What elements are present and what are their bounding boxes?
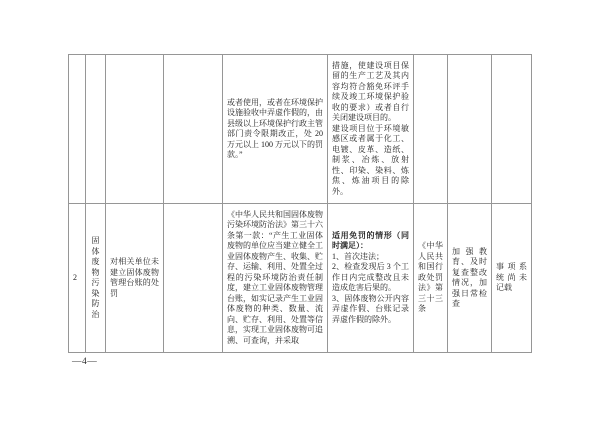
- exemption-item-2: 2、检查发现后 3 个工作日内完成整改且未造成危害后果的。: [332, 262, 409, 294]
- table-row-continuation: 或者使用，或者在环境保护设施验收中弄虚作假的，由县级以上环境保护行政主管部门责令…: [69, 55, 532, 204]
- table-row-item-2: 2 固体废物污染防治 对相关单位未建立固体废物管理台账的处罚 《中华人民共和国固…: [69, 204, 532, 353]
- exemption-paragraph-2: 建设项目位于环境敏感区或者属于化工、电镀、皮革、造纸、制浆、冶炼、放射性、印染、…: [332, 124, 409, 198]
- cell-item-name: [106, 55, 164, 204]
- cell-discretion-basis: 《中华人民共和国行政处罚法》第三十三条: [414, 204, 448, 353]
- cell-system-status: 事项系统尚未记载: [492, 204, 532, 353]
- cell-discretion-basis: [414, 55, 448, 204]
- cell-blank: [164, 55, 223, 204]
- exemption-item-3: 3、固体废物公开内容弄虚作假、台账记录弄虚作假的除外。: [332, 294, 409, 326]
- law-text-paragraph: 《中华人民共和国固体废物污染环境防治法》第三十六条第一款：“产生工业固体废物的单…: [227, 210, 323, 347]
- cell-exemption: 措施，使建设项目保留的生产工艺及其内容均符合豁免环评手续及竣工环境保护验收的要求…: [328, 55, 414, 204]
- cell-exemption: 适用免罚的情形（同时满足）： 1、首次违法； 2、检查发现后 3 个工作日内完成…: [328, 204, 414, 353]
- exemption-heading: 适用免罚的情形（同时满足）：: [332, 231, 409, 252]
- page-number: —4—: [72, 357, 97, 367]
- cell-supervision-measures: [448, 55, 492, 204]
- exemption-item-1: 1、首次违法；: [332, 252, 409, 263]
- penalty-paragraph: 或者使用，或者在环境保护设施验收中弄虚作假的，由县级以上环境保护行政主管部门责令…: [227, 98, 323, 161]
- cell-seq: [69, 55, 86, 204]
- cell-system-status: [492, 55, 532, 204]
- cell-blank: [164, 204, 223, 353]
- category-vertical-text: 固体废物污染防治: [91, 236, 100, 320]
- cell-penalty-text: 或者使用，或者在环境保护设施验收中弄虚作假的，由县级以上环境保护行政主管部门责令…: [223, 55, 328, 204]
- cell-category: 固体废物污染防治: [86, 204, 106, 353]
- cell-law-text: 《中华人民共和国固体废物污染环境防治法》第三十六条第一款：“产生工业固体废物的单…: [223, 204, 328, 353]
- cell-seq: 2: [69, 204, 86, 353]
- cell-supervision-measures: 加强教育、及时复查整改情况，加强日常检查: [448, 204, 492, 353]
- exemption-paragraph-1: 措施，使建设项目保留的生产工艺及其内容均符合豁免环评手续及竣工环境保护验收的要求…: [332, 61, 409, 124]
- regulation-table: 或者使用，或者在环境保护设施验收中弄虚作假的，由县级以上环境保护行政主管部门责令…: [68, 54, 532, 353]
- cell-category: [86, 55, 106, 204]
- document-page: 或者使用，或者在环境保护设施验收中弄虚作假的，由县级以上环境保护行政主管部门责令…: [0, 0, 600, 424]
- cell-item-name: 对相关单位未建立固体废物管理台账的处罚: [106, 204, 164, 353]
